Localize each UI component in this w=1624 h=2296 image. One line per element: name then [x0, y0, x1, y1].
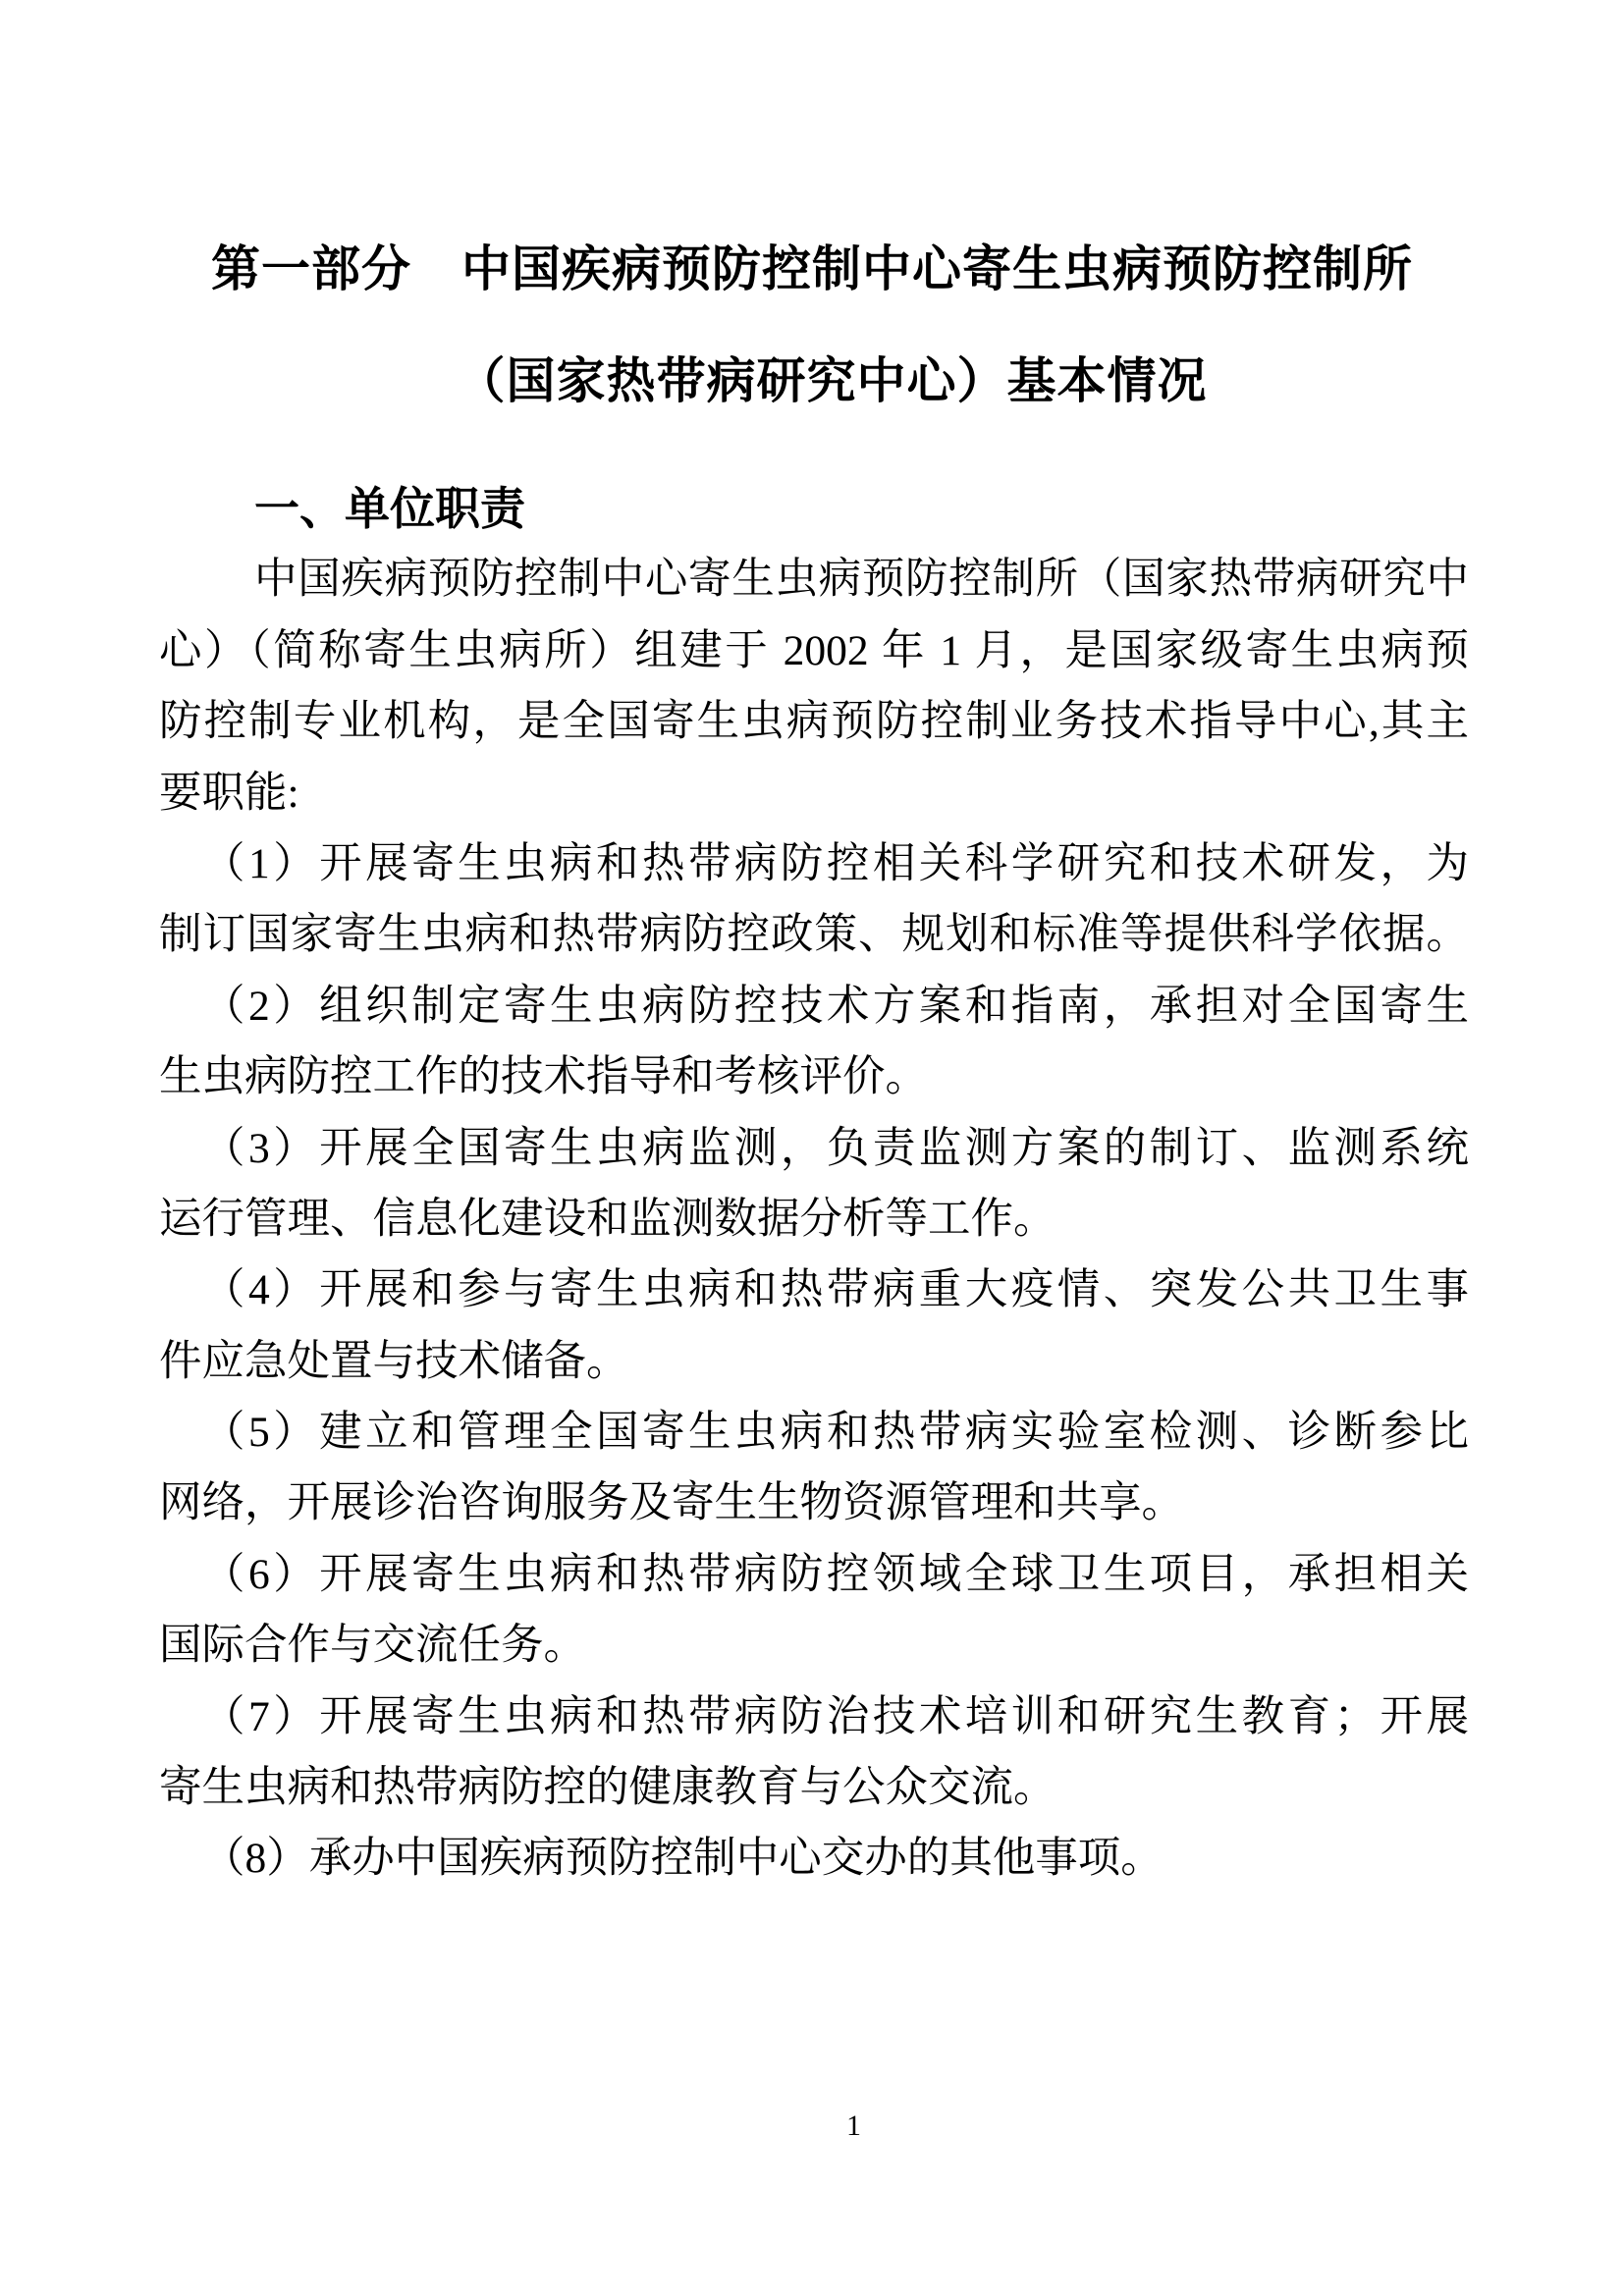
body-line: 生虫病防控工作的技术指导和考核评价。 [159, 1041, 1469, 1112]
body-line: 国际合作与交流任务。 [159, 1610, 1469, 1681]
body-line: 寄生虫病和热带病防控的健康教育与公众交流。 [159, 1752, 1469, 1823]
document-title-line-1: 第一部分 中国疾病预防控制中心寄生虫病预防控制所 [0, 239, 1624, 299]
body-line: （5）建立和管理全国寄生虫病和热带病实验室检测、诊断参比 [159, 1397, 1469, 1468]
document-page: 第一部分 中国疾病预防控制中心寄生虫病预防控制所 （国家热带病研究中心）基本情况… [0, 0, 1624, 2296]
document-title-line-2: （国家热带病研究中心）基本情况 [0, 350, 1624, 411]
body-line: （3）开展全国寄生虫病监测，负责监测方案的制订、监测系统 [159, 1113, 1469, 1184]
body-line: 心）（简称寄生虫病所）组建于 2002 年 1 月，是国家级寄生虫病预 [159, 615, 1469, 686]
body-line: 中国疾病预防控制中心寄生虫病预防控制所（国家热带病研究中 [159, 544, 1469, 614]
section-heading: 一、单位职责 [159, 473, 1469, 544]
body-line: 运行管理、信息化建设和监测数据分析等工作。 [159, 1184, 1469, 1255]
page-number: 1 [846, 2109, 861, 2144]
body-line: （1）开展寄生虫病和热带病防控相关科学研究和技术研发，为 [159, 828, 1469, 899]
body-line: 制订国家寄生虫病和热带病防控政策、规划和标准等提供科学依据。 [159, 899, 1469, 970]
body-line: （4）开展和参与寄生虫病和热带病重大疫情、突发公共卫生事 [159, 1255, 1469, 1325]
body-line: 件应急处置与技术储备。 [159, 1326, 1469, 1397]
body-line: （6）开展寄生虫病和热带病防控领域全球卫生项目，承担相关 [159, 1539, 1469, 1610]
body-line: 要职能: [159, 758, 1469, 828]
body-line: （7）开展寄生虫病和热带病防治技术培训和研究生教育；开展 [159, 1682, 1469, 1752]
body-line: 防控制专业机构，是全国寄生虫病预防控制业务技术指导中心,其主 [159, 686, 1469, 757]
body-line: （2）组织制定寄生虫病防控技术方案和指南，承担对全国寄生 [159, 971, 1469, 1041]
body-line: 网络，开展诊治咨询服务及寄生生物资源管理和共享。 [159, 1468, 1469, 1538]
body-line: （8）承办中国疾病预防控制中心交办的其他事项。 [159, 1823, 1469, 1894]
document-body: 一、单位职责 中国疾病预防控制中心寄生虫病预防控制所（国家热带病研究中 心）（简… [159, 473, 1469, 1895]
